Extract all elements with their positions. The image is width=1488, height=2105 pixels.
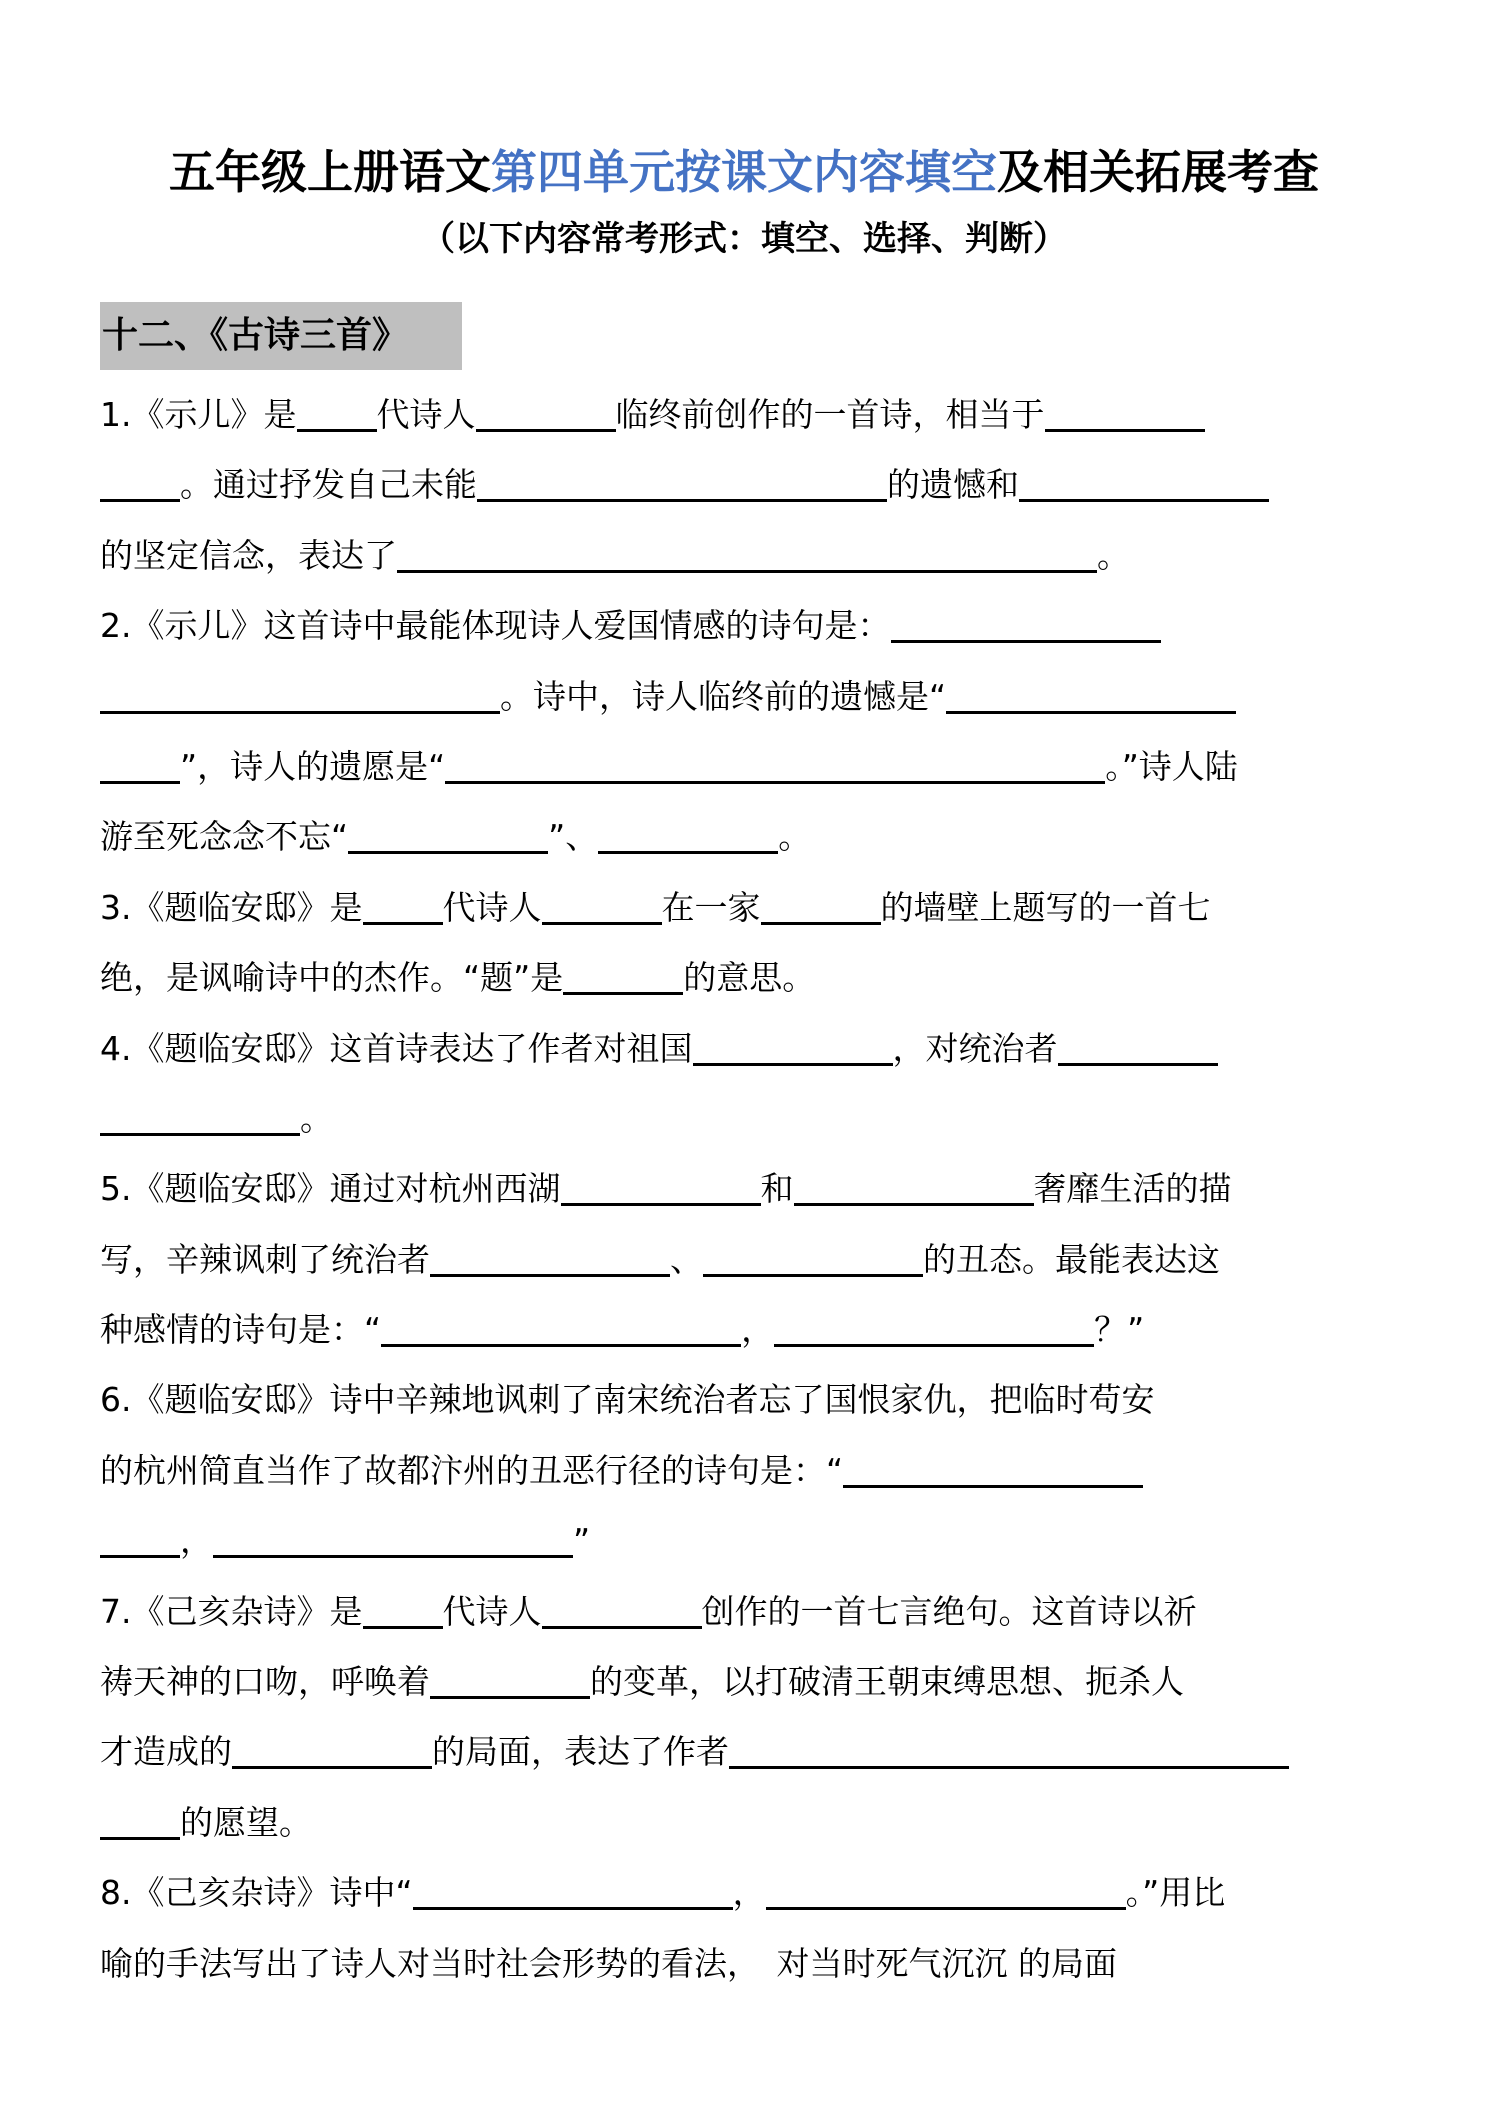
question-text: 在一家 bbox=[662, 888, 761, 927]
question-text: 祷天神的口吻，呼唤着 bbox=[100, 1662, 430, 1701]
question-line: 喻的手法写出了诗人对当时社会形势的看法， 对当时死气沉沉 的局面 bbox=[100, 1929, 1392, 1999]
question-text: 、 bbox=[670, 1240, 703, 1279]
question-text: 的愿望。 bbox=[180, 1803, 312, 1842]
fill-in-blank[interactable] bbox=[232, 1736, 432, 1769]
question-text: 代诗人 bbox=[443, 888, 542, 927]
question-line: 7.《己亥杂诗》是代诗人创作的一首七言绝句。这首诗以祈 bbox=[100, 1577, 1392, 1647]
question-text: 4.《题临安邸》这首诗表达了作者对祖国 bbox=[100, 1029, 693, 1068]
question-text: 的局面，表达了作者 bbox=[432, 1732, 729, 1771]
question-text: 才造成的 bbox=[100, 1732, 232, 1771]
title-accent: 第四单元按课文内容填空 bbox=[491, 145, 997, 199]
question-text: ，对统治者 bbox=[893, 1029, 1058, 1068]
question-text: 临终前创作的一首诗，相当于 bbox=[616, 395, 1045, 434]
question-line: 3.《题临安邸》是代诗人在一家的墙壁上题写的一首七 bbox=[100, 873, 1392, 943]
question-line: 。诗中，诗人临终前的遗憾是“ bbox=[100, 662, 1392, 732]
question-text: 种感情的诗句是：“ bbox=[100, 1310, 381, 1349]
question-text: 7.《己亥杂诗》是 bbox=[100, 1592, 363, 1631]
question-line: 。 bbox=[100, 1084, 1392, 1154]
title-suffix: 及相关拓展考查 bbox=[997, 145, 1319, 199]
question-list: 1.《示儿》是代诗人临终前创作的一首诗，相当于。通过抒发自己未能的遗憾和的坚定信… bbox=[100, 380, 1392, 1999]
fill-in-blank[interactable] bbox=[476, 399, 616, 432]
question-6: 6.《题临安邸》诗中辛辣地讽刺了南宋统治者忘了国恨家仇，把临时苟安的杭州简直当作… bbox=[100, 1365, 1392, 1576]
question-4: 4.《题临安邸》这首诗表达了作者对祖国，对统治者。 bbox=[100, 1014, 1392, 1155]
question-text: 的墙壁上题写的一首七 bbox=[881, 888, 1211, 927]
question-text: 。通过抒发自己未能 bbox=[180, 465, 477, 504]
question-line: 的坚定信念，表达了。 bbox=[100, 521, 1392, 591]
fill-in-blank[interactable] bbox=[100, 1807, 180, 1840]
question-text: 3.《题临安邸》是 bbox=[100, 888, 363, 927]
question-2: 2.《示儿》这首诗中最能体现诗人爱国情感的诗句是：。诗中，诗人临终前的遗憾是“”… bbox=[100, 591, 1392, 873]
question-text: ， bbox=[733, 1873, 766, 1912]
worksheet-page: 五年级上册语文第四单元按课文内容填空及相关拓展考查 （以下内容常考形式：填空、选… bbox=[0, 0, 1488, 2105]
question-text: 6.《题临安邸》诗中辛辣地讽刺了南宋统治者忘了国恨家仇，把临时苟安 bbox=[100, 1380, 1155, 1419]
fill-in-blank[interactable] bbox=[100, 469, 180, 502]
question-line: 祷天神的口吻，呼唤着的变革，以打破清王朝束缚思想、扼杀人 bbox=[100, 1647, 1392, 1717]
fill-in-blank[interactable] bbox=[843, 1455, 1143, 1488]
question-text: 奢靡生活的描 bbox=[1034, 1169, 1232, 1208]
section-heading: 十二、《古诗三首》 bbox=[100, 302, 462, 370]
question-text: 。 bbox=[778, 817, 811, 856]
fill-in-blank[interactable] bbox=[563, 962, 683, 995]
fill-in-blank[interactable] bbox=[100, 1103, 300, 1136]
fill-in-blank[interactable] bbox=[542, 1596, 702, 1629]
question-text: 5.《题临安邸》通过对杭州西湖 bbox=[100, 1169, 561, 1208]
question-text: 的意思。 bbox=[683, 958, 815, 997]
question-line: 1.《示儿》是代诗人临终前创作的一首诗，相当于 bbox=[100, 380, 1392, 450]
question-text: ”、 bbox=[548, 817, 598, 856]
fill-in-blank[interactable] bbox=[891, 610, 1161, 643]
question-line: 的愿望。 bbox=[100, 1788, 1392, 1858]
question-text: 的遗憾和 bbox=[887, 465, 1019, 504]
fill-in-blank[interactable] bbox=[766, 1877, 1126, 1910]
question-text: 写，辛辣讽刺了统治者 bbox=[100, 1240, 430, 1279]
fill-in-blank[interactable] bbox=[213, 1525, 573, 1558]
question-text: 绝，是讽喻诗中的杰作。“题”是 bbox=[100, 958, 563, 997]
question-text: 的丑态。最能表达这 bbox=[923, 1240, 1220, 1279]
page-title: 五年级上册语文第四单元按课文内容填空及相关拓展考查 bbox=[0, 142, 1488, 202]
fill-in-blank[interactable] bbox=[100, 681, 500, 714]
fill-in-blank[interactable] bbox=[100, 751, 180, 784]
question-line: 8.《己亥杂诗》诗中“，。”用比 bbox=[100, 1858, 1392, 1928]
title-prefix: 五年级上册语文 bbox=[169, 145, 491, 199]
question-text: 游至死念念不忘“ bbox=[100, 817, 348, 856]
fill-in-blank[interactable] bbox=[703, 1244, 923, 1277]
question-line: 4.《题临安邸》这首诗表达了作者对祖国，对统治者 bbox=[100, 1014, 1392, 1084]
fill-in-blank[interactable] bbox=[761, 892, 881, 925]
question-text: 代诗人 bbox=[377, 395, 476, 434]
question-1: 1.《示儿》是代诗人临终前创作的一首诗，相当于。通过抒发自己未能的遗憾和的坚定信… bbox=[100, 380, 1392, 591]
question-text: 1.《示儿》是 bbox=[100, 395, 297, 434]
question-text: 8.《己亥杂诗》诗中“ bbox=[100, 1873, 413, 1912]
question-line: 的杭州简直当作了故都汴州的丑恶行径的诗句是：“ bbox=[100, 1436, 1392, 1506]
question-line: 。通过抒发自己未能的遗憾和 bbox=[100, 450, 1392, 520]
question-5: 5.《题临安邸》通过对杭州西湖和奢靡生活的描写，辛辣讽刺了统治者、的丑态。最能表… bbox=[100, 1154, 1392, 1365]
fill-in-blank[interactable] bbox=[381, 1314, 741, 1347]
question-text: ” bbox=[573, 1521, 590, 1560]
question-text: 的杭州简直当作了故都汴州的丑恶行径的诗句是：“ bbox=[100, 1451, 843, 1490]
question-text: 的坚定信念，表达了 bbox=[100, 536, 397, 575]
question-line: 才造成的的局面，表达了作者 bbox=[100, 1717, 1392, 1787]
question-text: 的变革，以打破清王朝束缚思想、扼杀人 bbox=[590, 1662, 1184, 1701]
question-3: 3.《题临安邸》是代诗人在一家的墙壁上题写的一首七绝，是讽喻诗中的杰作。“题”是… bbox=[100, 873, 1392, 1014]
fill-in-blank[interactable] bbox=[794, 1173, 1034, 1206]
fill-in-blank[interactable] bbox=[542, 892, 662, 925]
question-8: 8.《己亥杂诗》诗中“，。”用比喻的手法写出了诗人对当时社会形势的看法， 对当时… bbox=[100, 1858, 1392, 1999]
question-line: 游至死念念不忘“”、。 bbox=[100, 802, 1392, 872]
question-text: 喻的手法写出了诗人对当时社会形势的看法， 对当时死气沉沉 的局面 bbox=[100, 1944, 1117, 1983]
question-line: 写，辛辣讽刺了统治者、的丑态。最能表达这 bbox=[100, 1225, 1392, 1295]
fill-in-blank[interactable] bbox=[445, 751, 1105, 784]
question-text: ”，诗人的遗愿是“ bbox=[180, 747, 445, 786]
question-line: 绝，是讽喻诗中的杰作。“题”是的意思。 bbox=[100, 943, 1392, 1013]
question-text: ， bbox=[741, 1310, 774, 1349]
fill-in-blank[interactable] bbox=[297, 399, 377, 432]
question-text: ， bbox=[180, 1521, 213, 1560]
fill-in-blank[interactable] bbox=[100, 1525, 180, 1558]
fill-in-blank[interactable] bbox=[430, 1244, 670, 1277]
question-text: 。”用比 bbox=[1126, 1873, 1226, 1912]
fill-in-blank[interactable] bbox=[729, 1736, 1289, 1769]
question-line: 2.《示儿》这首诗中最能体现诗人爱国情感的诗句是： bbox=[100, 591, 1392, 661]
question-text: 。 bbox=[300, 1099, 333, 1138]
question-text: 代诗人 bbox=[443, 1592, 542, 1631]
fill-in-blank[interactable] bbox=[363, 1596, 443, 1629]
fill-in-blank[interactable] bbox=[363, 892, 443, 925]
question-text: 。”诗人陆 bbox=[1105, 747, 1238, 786]
question-text: 2.《示儿》这首诗中最能体现诗人爱国情感的诗句是： bbox=[100, 606, 891, 645]
question-line: ”，诗人的遗愿是“。”诗人陆 bbox=[100, 732, 1392, 802]
question-text: ？” bbox=[1094, 1310, 1144, 1349]
fill-in-blank[interactable] bbox=[598, 821, 778, 854]
fill-in-blank[interactable] bbox=[397, 540, 1097, 573]
question-line: ，” bbox=[100, 1506, 1392, 1576]
question-7: 7.《己亥杂诗》是代诗人创作的一首七言绝句。这首诗以祈祷天神的口吻，呼唤着的变革… bbox=[100, 1577, 1392, 1859]
fill-in-blank[interactable] bbox=[413, 1877, 733, 1910]
fill-in-blank[interactable] bbox=[561, 1173, 761, 1206]
fill-in-blank[interactable] bbox=[946, 681, 1236, 714]
fill-in-blank[interactable] bbox=[693, 1033, 893, 1066]
fill-in-blank[interactable] bbox=[1045, 399, 1205, 432]
question-text: 创作的一首七言绝句。这首诗以祈 bbox=[702, 1592, 1197, 1631]
fill-in-blank[interactable] bbox=[348, 821, 548, 854]
question-line: 6.《题临安邸》诗中辛辣地讽刺了南宋统治者忘了国恨家仇，把临时苟安 bbox=[100, 1365, 1392, 1435]
question-line: 种感情的诗句是：“，？” bbox=[100, 1295, 1392, 1365]
question-text: 。诗中，诗人临终前的遗憾是“ bbox=[500, 677, 946, 716]
question-text: 。 bbox=[1097, 536, 1130, 575]
page-subtitle: （以下内容常考形式：填空、选择、判断） bbox=[0, 214, 1488, 264]
question-line: 5.《题临安邸》通过对杭州西湖和奢靡生活的描 bbox=[100, 1154, 1392, 1224]
question-text: 和 bbox=[761, 1169, 794, 1208]
fill-in-blank[interactable] bbox=[430, 1666, 590, 1699]
fill-in-blank[interactable] bbox=[477, 469, 887, 502]
fill-in-blank[interactable] bbox=[774, 1314, 1094, 1347]
fill-in-blank[interactable] bbox=[1019, 469, 1269, 502]
fill-in-blank[interactable] bbox=[1058, 1033, 1218, 1066]
